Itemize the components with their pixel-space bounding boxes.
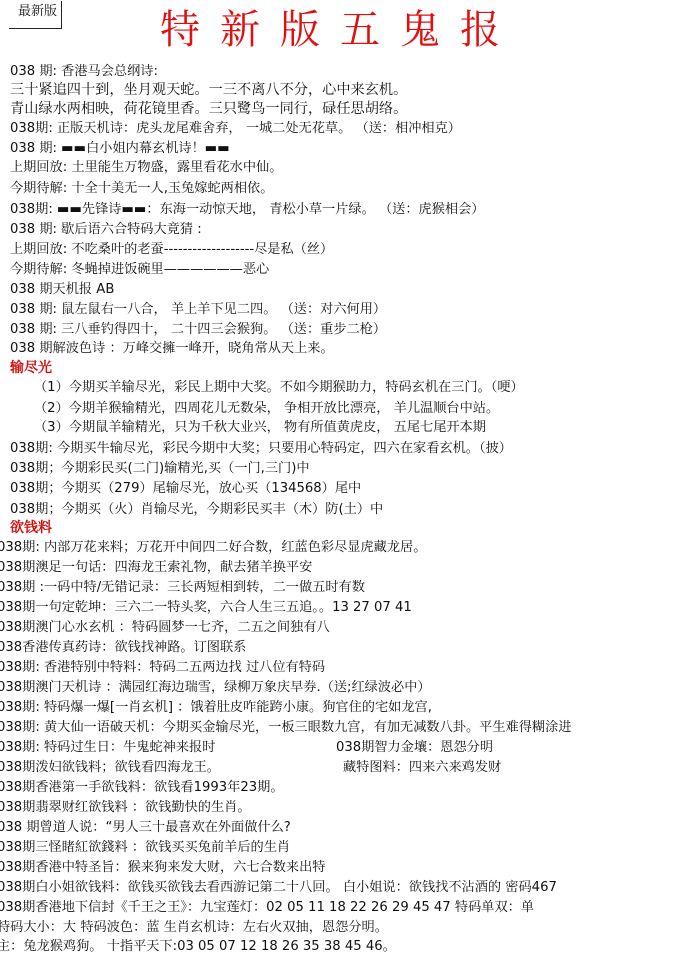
text-line: 038 期: 歇后语六合特码大竟猜 : — [10, 220, 202, 240]
text-line: 038期澳足一句话：四海龙王索礼物，献去猪羊换平安 — [0, 558, 312, 578]
text-line: 主：兔龙猴鸡狗。 十指平天下:03 05 07 12 18 26 35 38 4… — [0, 937, 396, 957]
text-line: 038期翡翠财红欲钱料 ：欲钱勤快的生肖。 — [0, 798, 251, 818]
text-line-right: 038期智力金壤：恩怨分明 — [336, 738, 493, 758]
poem-line: 三十紧追四十到，坐月观天蛇。一三不离八不分，心中来玄机。 — [10, 80, 407, 100]
text-line: 038期澳门心水玄机 ：特码圆梦一七齐，二五之间独有八 — [0, 618, 330, 638]
text-line: 上期回放: 土里能生万物盛，露里看花水中仙。 — [10, 158, 282, 178]
list-item: （3）今期鼠羊输精光，只为千秋大业兴， 物有所值黄虎皮， 五尾七尾开本期 — [34, 418, 486, 438]
text-line: 038期一句定乾坤：三六二一特头奖，六合人生三五追。。13 27 07 41 — [0, 598, 412, 618]
text-line: 038期: ▬▬先锋诗▬▬：东海一动惊天地， 青松小草一片绿。 （送：虎猴相会） — [10, 200, 484, 220]
text-line: 038期: 特码爆一爆[一肖玄机] ：饿着肚皮咋能跨小康。狗官住的宅如龙宫, — [0, 698, 432, 718]
text-line: 038期三怪睹紅欲錢料 ：欲钱买买兔前羊后的生肖 — [0, 838, 290, 858]
text-line: 038期 :一码中特/无错记录：三长两短相到转，二一做五时有数 — [0, 578, 365, 598]
text-line: 今期待解: 十全十美无一人,玉兔嫁蛇两相依。 — [10, 179, 273, 199]
section-heading-desire-money: 欲钱料 — [10, 518, 52, 538]
text-line: 038 期: 三八垂钓得四十， 二十四三会猴狗。 （送：重步二枪） — [10, 320, 386, 340]
section-heading-lose-all: 输尽光 — [10, 358, 52, 378]
text-line: 038 期解波色诗 ：万峰交擁一峰开，晓角常从天上来。 — [10, 339, 334, 359]
text-line: 038期: 黄大仙一语破天机：今期买金输尽光，一板三眼数九宫，有加无减数八卦。平… — [0, 718, 572, 738]
text-line: 038 期天机报 AB — [10, 280, 114, 300]
text-line: 038期澳门天机诗 ：满园红海边瑞雪，绿柳万象庆早券.（送;红绿波必中） — [0, 678, 431, 698]
text-line: 038期: 正版天机诗：虎头龙尾难舍弃， 一城二处无花草。 （送：相冲相克） — [10, 119, 461, 139]
text-line: 038期香港中特圣旨：猴来狗来发大财，六七合数来出特 — [0, 858, 325, 878]
text-line: 038期泼妇欲钱料；欲钱看四海龙王。 — [0, 758, 220, 778]
text-line: 038期白小姐欲钱料：欲钱买欲钱去看西游记第二十八回。 白小姐说：欲钱找不沾酒的… — [0, 878, 557, 898]
text-line: 038 期曾道人说：“男人三十最喜欢在外面做什么? — [0, 818, 291, 838]
text-line: 038期: 香港特别中特料：特码二五两边找 过八位有特码 — [0, 658, 325, 678]
text-line: 038香港传真药诗：欲钱找神路。订图联系 — [0, 638, 246, 658]
text-line-right: 藏特图料：四来六来鸡发财 — [343, 758, 501, 778]
text-line: 今期待解: 冬蝇掉进饭碗里——————恶心 — [10, 260, 269, 280]
text-line: 038期香港第一手欲钱料：欲钱看1993年23期。 — [0, 778, 284, 798]
list-item: （2）今期羊猴输精光，四周花儿无数朵， 争相开放比漂亮， 羊儿温顺台中站。 — [34, 399, 499, 419]
text-line: 038期；今期彩民买(二门)输精光,买（一门,三门)中 — [10, 459, 310, 479]
text-line: 特码大小：大 特码波色：蓝 生肖玄机诗：左右火双抽，恩怨分明。 — [0, 918, 388, 938]
text-line: 038期: 今期买牛输尽光，彩民今期中大奖；只要用心特码定，四六在家看玄机。（披… — [10, 439, 512, 459]
text-line: 038 期: ▬▬白小姐内幕玄机诗！▬▬ — [10, 139, 230, 159]
poem-line: 青山绿水两相映，荷花镜里香。三只鹭鸟一同行，碌任思胡络。 — [10, 99, 407, 119]
text-line: 038期香港地下信封《千王之王》：九宝莲灯：02 05 11 18 22 26 … — [0, 898, 534, 918]
text-line: 038期；今期买（279）尾输尽光，放心买（134568）尾中 — [10, 479, 361, 499]
text-line: 038 期: 香港马会总纲诗: — [10, 62, 158, 82]
text-line: 038 期: 鼠左鼠右一八合， 羊上羊下见二四。 （送：对六何用） — [10, 300, 386, 320]
list-item: （1）今期买羊输尽光，彩民上期中大奖。不如今期猴助力，特码玄机在三门。（哽） — [34, 378, 524, 398]
text-line: 上期回放: 不吃桑叶的老蚕-------------------尽是私（丝） — [10, 240, 333, 260]
page-title: 特新版五鬼报 — [0, 4, 690, 56]
text-line: 038期: 特码过生日：牛鬼蛇神来报时 — [0, 738, 215, 758]
text-line: 038期: 内部万花来料；万花开中间四二好合数，红蓝色彩尽显虎藏龙居。 — [0, 538, 426, 558]
text-line: 038期；今期买（火）肖输尽光，今期彩民买丰（木）防(土）中 — [10, 500, 383, 520]
